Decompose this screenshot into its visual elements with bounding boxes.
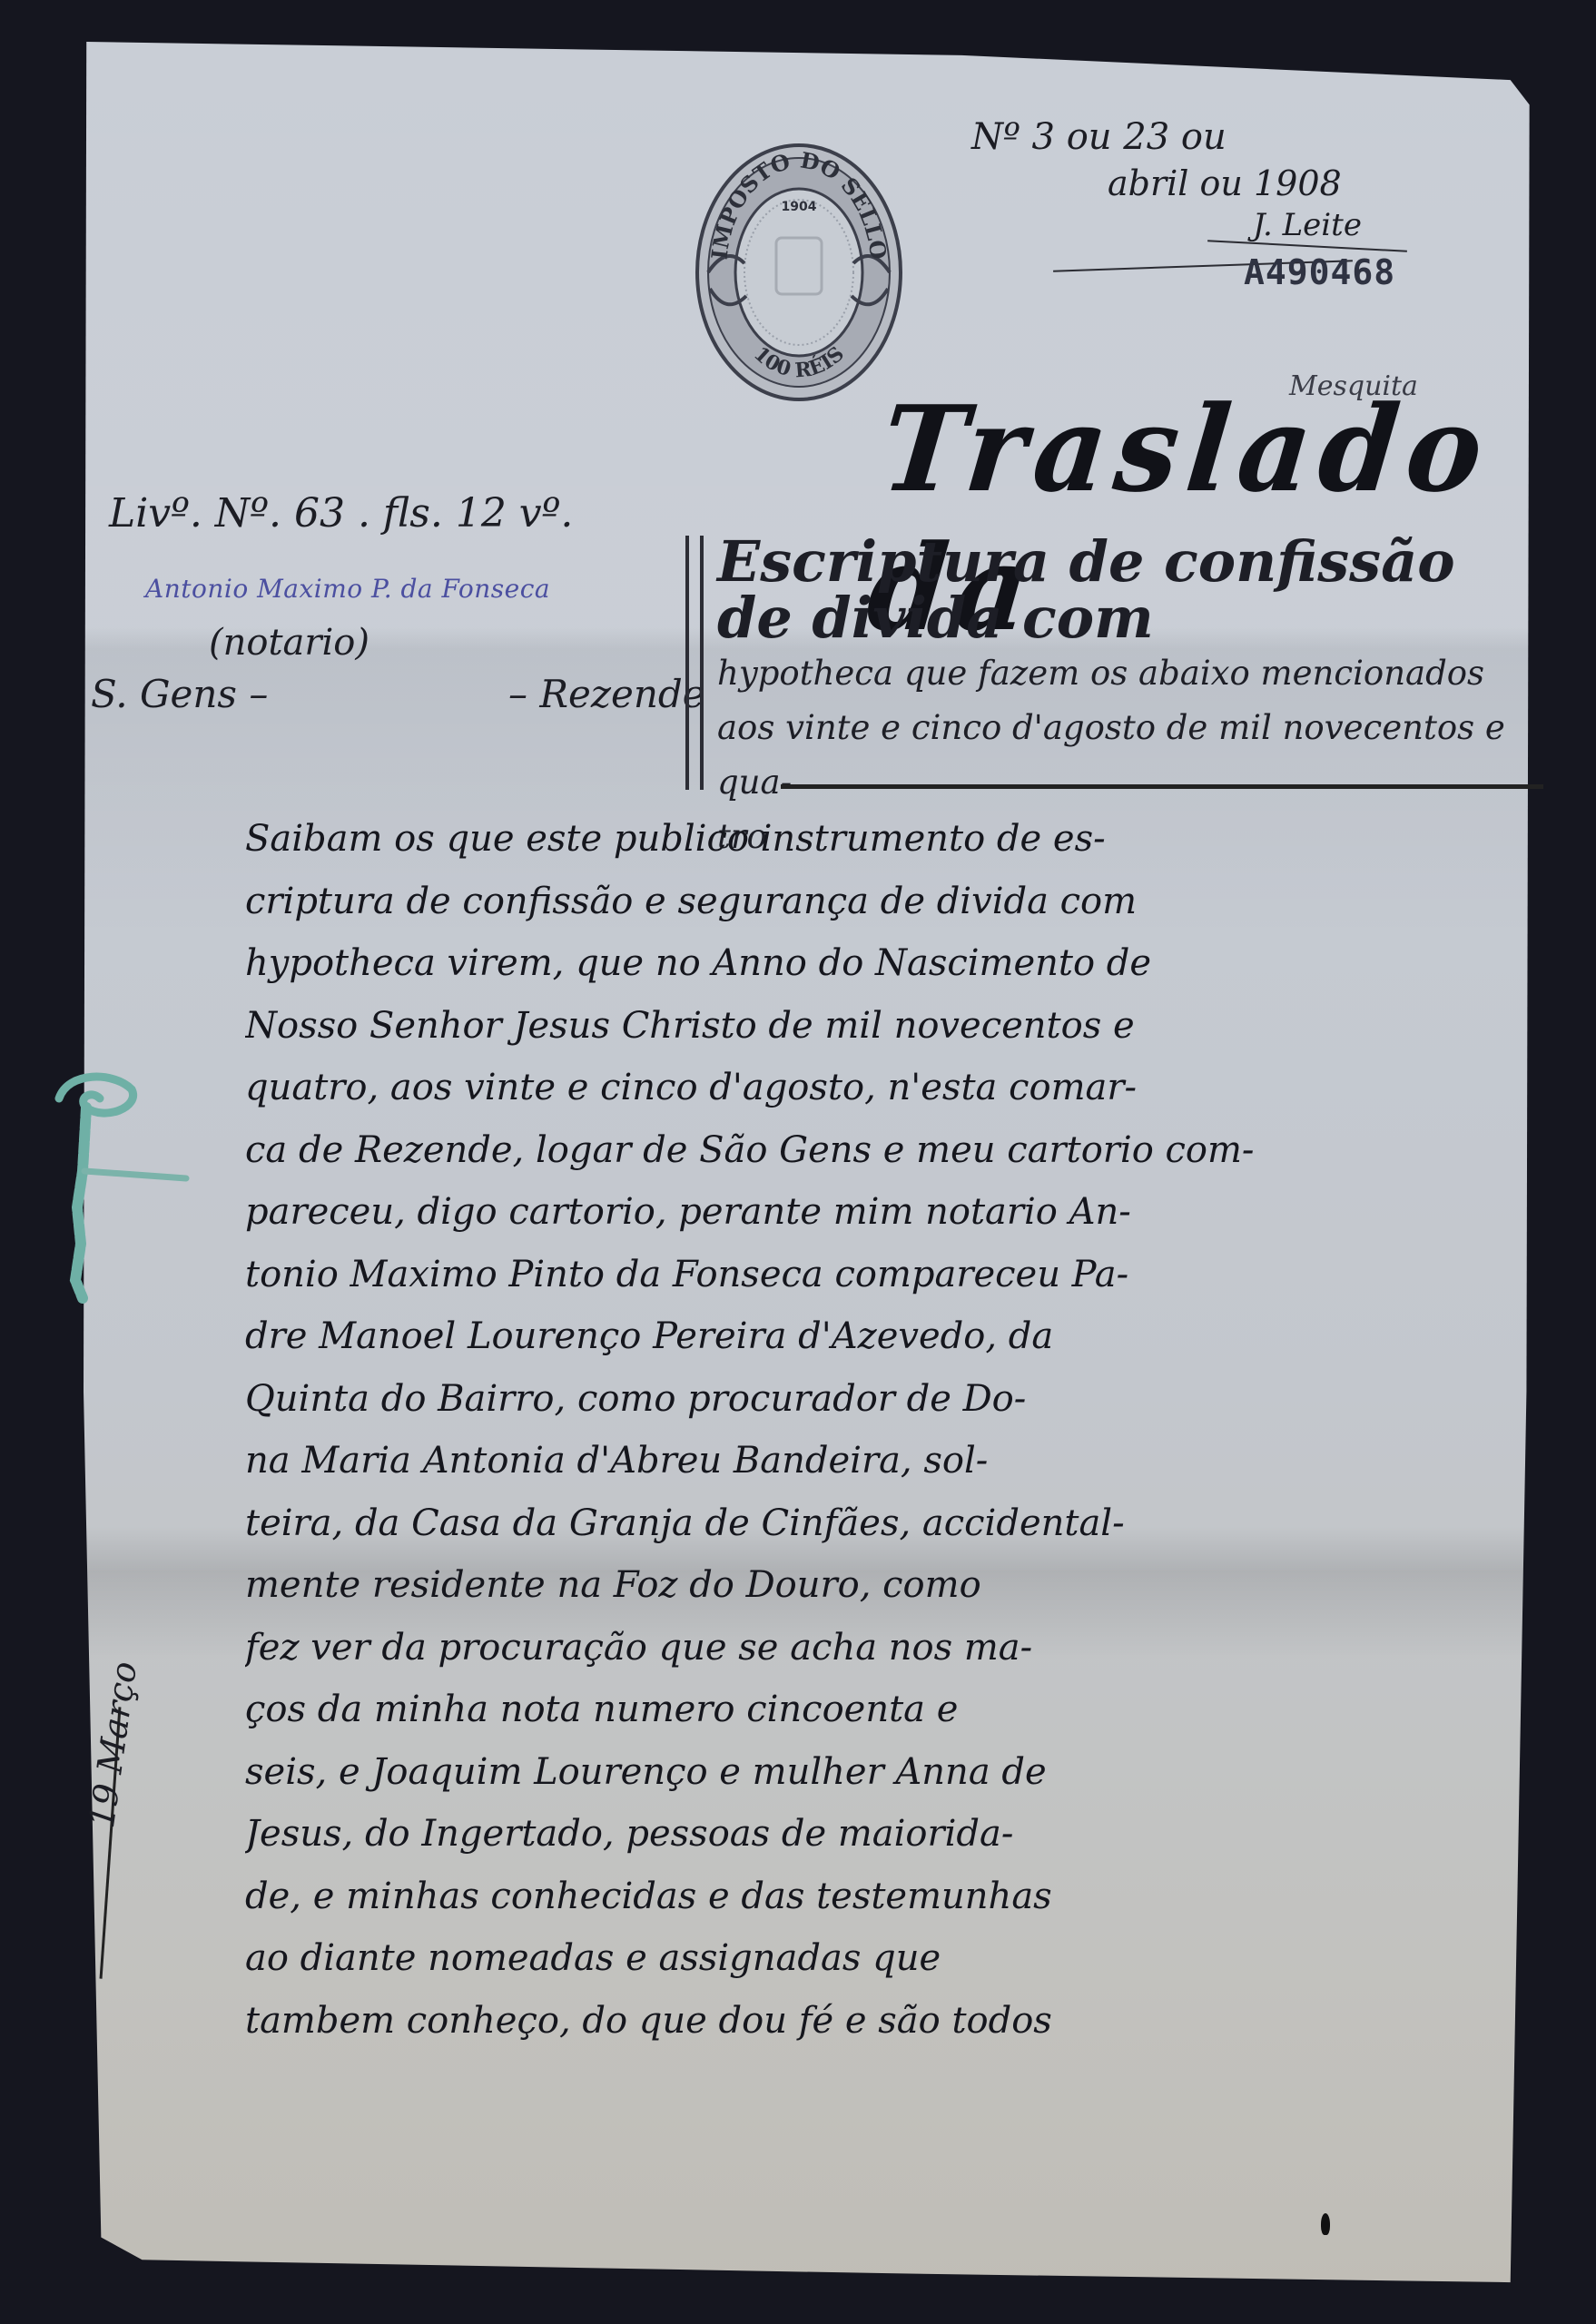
body-line: pareceu, digo cartorio, perante mim nota…	[245, 1181, 1534, 1244]
body-line: teira, da Casa da Granja de Cinfães, acc…	[245, 1492, 1534, 1555]
body-line: Saibam os que este publico instrumento d…	[245, 808, 1534, 871]
place-county: – Rezende	[508, 672, 705, 716]
deed-body: Saibam os que este publico instrumento d…	[245, 808, 1534, 2052]
body-line: fez ver da procuração que se acha nos ma…	[245, 1617, 1534, 1679]
body-line: quatro, aos vinte e cinco d'agosto, n'es…	[245, 1057, 1534, 1119]
body-line: ços da minha nota numero cincoenta e	[245, 1679, 1534, 1741]
subtitle-end-rule	[781, 784, 1543, 789]
body-line: Nosso Senhor Jesus Christo de mil novece…	[245, 995, 1534, 1058]
body-line: mente residente na Foz do Douro, como	[245, 1554, 1534, 1617]
body-line: Jesus, do Ingertado, pessoas de maiorida…	[245, 1803, 1534, 1866]
body-line: ca de Rezende, logar de São Gens e meu c…	[245, 1119, 1534, 1182]
stamp-serial-number: A490468	[1244, 252, 1395, 292]
body-line: na Maria Antonia d'Abreu Bandeira, sol-	[245, 1430, 1534, 1492]
notary-name-stamp: Antonio Maximo P. da Fonseca	[145, 574, 550, 604]
body-line: ao diante nomeadas e assignadas que	[245, 1927, 1534, 1990]
body-line: seis, e Joaquim Lourenço e mulher Anna d…	[245, 1741, 1534, 1804]
double-margin-rule	[685, 536, 704, 790]
document-date-note: abril ou 1908	[1108, 163, 1342, 203]
binding-string	[50, 1071, 195, 1307]
official-signature: J. Leite	[1253, 207, 1362, 243]
place-parish: S. Gens –	[91, 672, 268, 716]
document-number-note: Nº 3 ou 23 ou	[971, 116, 1227, 158]
body-line: de, e minhas conhecidas e das testemunha…	[245, 1866, 1534, 1928]
body-line: hypotheca virem, que no Anno do Nascimen…	[245, 932, 1534, 995]
body-line: Quinta do Bairro, como procurador de Do-	[245, 1368, 1534, 1431]
notary-role: (notario)	[209, 622, 369, 664]
subtitle-line: Escriptura de confissão de divida com	[717, 534, 1543, 646]
body-line: tonio Maximo Pinto da Fonseca compareceu…	[245, 1244, 1534, 1306]
ink-blot	[1321, 2213, 1330, 2235]
body-line: tambem conheço, do que dou fé e são todo…	[245, 1990, 1534, 2053]
body-line: dre Manoel Lourenço Pereira d'Azevedo, d…	[245, 1305, 1534, 1368]
body-line: criptura de confissão e segurança de div…	[245, 871, 1534, 933]
subtitle-line: aos vinte e cinco d'agosto de mil novece…	[717, 701, 1543, 810]
subtitle-line: hypotheca que fazem os abaixo mencionado…	[717, 646, 1543, 701]
clerk-signature: Mesquita	[1289, 370, 1418, 402]
stamp-year: 1904	[782, 200, 817, 214]
book-reference: Livº. Nº. 63 . fls. 12 vº.	[109, 490, 573, 537]
revenue-stamp: IMPOSTO DO SELLO 1904 100 RÉIS	[690, 136, 908, 409]
